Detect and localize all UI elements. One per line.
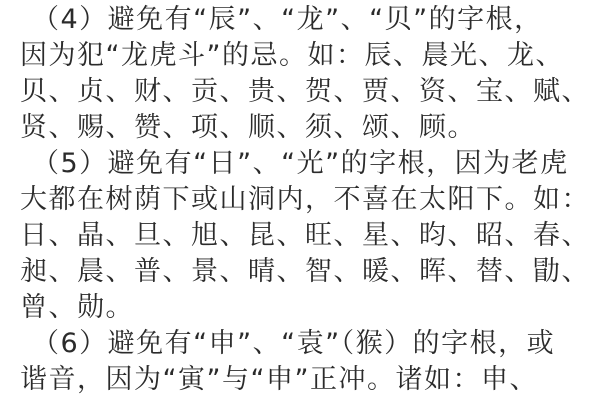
rule-5-examples: 昶、晨、普、景、晴、智、暖、晖、替、勖、: [20, 254, 590, 290]
rule-5-examples: 日、晶、旦、旭、昆、旺、星、昀、昭、春、: [20, 218, 590, 254]
rule-5-examples: 曾、勋。: [20, 290, 134, 326]
rule-4-examples: 贝、贞、财、贡、贵、贺、贾、资、宝、赋、: [20, 74, 590, 110]
rule-4-examples: 贤、赐、赞、项、顺、须、颂、顾。: [20, 110, 476, 146]
rule-5-text: 大都在树荫下或山洞内，不喜在太阳下。如：: [20, 182, 590, 218]
rule-4-text: 因为犯“龙虎斗”的忌。如：辰、晨光、龙、: [20, 38, 564, 74]
rule-5-heading: （5）避免有“日”、“光”的字根，因为老虎: [32, 146, 569, 182]
document-page: （4）避免有“辰”、“龙”、“贝”的字根， 因为犯“龙虎斗”的忌。如：辰、晨光、…: [0, 0, 600, 400]
rule-4-heading: （4）避免有“辰”、“龙”、“贝”的字根，: [32, 2, 543, 38]
rule-6-text: 谐音，因为“寅”与“申”正冲。诸如：申、: [20, 362, 538, 398]
rule-6-heading: （6）避免有“申”、“袁”（猴）的字根，或: [32, 326, 555, 362]
